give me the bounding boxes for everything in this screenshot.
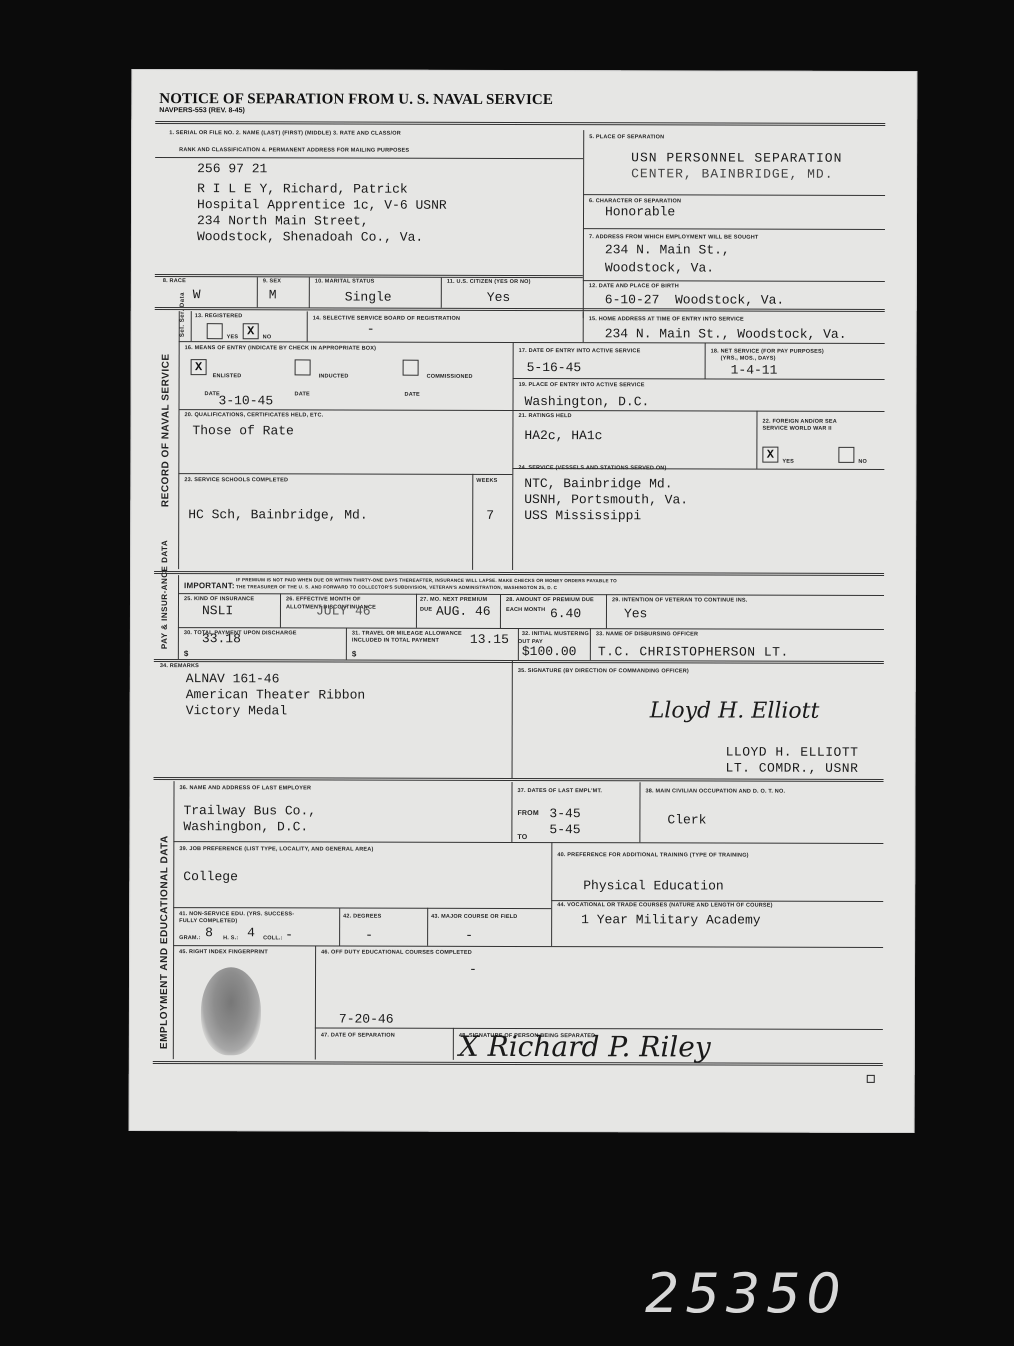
section-naval-service: RECORD OF NAVAL SERVICE xyxy=(160,353,171,507)
divider xyxy=(512,660,513,778)
service-school: HC Sch, Bainbridge, Md. xyxy=(188,507,367,523)
divider xyxy=(154,777,884,782)
foreign-service-no-checkbox[interactable] xyxy=(838,447,854,463)
commanding-officer-name: LLOYD H. ELLIOTT xyxy=(726,745,859,761)
major-course: - xyxy=(465,928,473,944)
label-foreign-no: NO xyxy=(858,459,867,465)
label-next-premium-due: DUE xyxy=(420,607,432,613)
label-birth: 12. DATE AND PLACE OF BIRTH xyxy=(589,283,679,289)
allotment-month: JULY 46 xyxy=(316,603,371,619)
net-service: 1-4-11 xyxy=(731,363,778,379)
divider xyxy=(441,278,442,308)
date-of-separation: 7-20-46 xyxy=(339,1012,394,1028)
label-college: COLL.: xyxy=(263,935,283,941)
divider xyxy=(705,342,706,378)
important-notice-line1: IF PREMIUM IS NOT PAID WHEN DUE OR WITHI… xyxy=(236,577,617,583)
label-enlisted: ENLISTED xyxy=(213,373,242,379)
label-employment-address: 7. ADDRESS FROM WHICH EMPLOYMENT WILL BE… xyxy=(589,234,759,240)
label-civilian-occupation: 38. MAIN CIVILIAN OCCUPATION AND D. O. T… xyxy=(645,788,785,794)
label-intention-continue: 29. INTENTION OF VETERAN TO CONTINUE INS… xyxy=(612,597,748,603)
corner-box xyxy=(867,1075,875,1083)
total-payment: 33.18 xyxy=(202,631,241,647)
date-of-entry: 5-16-45 xyxy=(527,360,582,376)
person-signature: X Richard P. Riley xyxy=(459,1030,711,1064)
rate-classification: Hospital Apprentice 1c, V-6 USNR xyxy=(197,197,447,214)
label-commissioned-date: DATE xyxy=(405,392,420,398)
birth-date-place: 6-10-27 Woodstock, Va. xyxy=(605,292,784,308)
us-citizen: Yes xyxy=(487,290,510,306)
label-mustering-out-pay: 32. INITIAL MUSTERING xyxy=(522,631,589,637)
label-remarks: 34. REMARKS xyxy=(160,663,199,669)
divider xyxy=(191,311,192,341)
label-home-address-at-entry: 15. HOME ADDRESS AT TIME OF ENTRY INTO S… xyxy=(589,316,744,322)
race: W xyxy=(193,287,201,303)
label-high-school: H. S.: xyxy=(223,935,238,941)
service-station-3: USS Mississippi xyxy=(524,508,641,524)
inducted-checkbox[interactable] xyxy=(295,359,311,375)
divider xyxy=(173,781,175,1059)
divider xyxy=(178,311,180,569)
employment-from: 3-45 xyxy=(549,806,580,822)
place-of-separation-line1: USN PERSONNEL SEPARATION xyxy=(631,150,842,167)
remarks-line2: American Theater Ribbon xyxy=(186,687,365,703)
label-allotment-month: 26. EFFECTIVE MONTH OF xyxy=(286,596,361,602)
divider xyxy=(155,157,583,159)
label-from: FROM xyxy=(517,810,538,817)
label-weeks: WEEKS xyxy=(476,478,497,484)
label-training-preference: 40. PREFERENCE FOR ADDITIONAL TRAINING (… xyxy=(557,852,748,859)
divider xyxy=(346,628,347,660)
ratings-held: HA2c, HA1c xyxy=(524,428,602,444)
label-disbursing-officer: 33. NAME OF DISBURSING OFFICER xyxy=(596,631,698,637)
education-college-years: - xyxy=(285,927,293,943)
label-job-preference: 39. JOB PREFERENCE (LIST TYPE, LOCALITY,… xyxy=(179,846,373,853)
total-payment-dollar-sign: $ xyxy=(184,649,189,658)
label-commissioned: COMMISSIONED xyxy=(427,374,473,380)
commanding-officer-signature: Lloyd H. Elliott xyxy=(650,698,820,723)
employment-address-line1: 234 N. Main St., xyxy=(605,242,730,258)
divider xyxy=(178,593,884,596)
divider xyxy=(315,945,316,1059)
commanding-officer-rank: LT. COMDR., USNR xyxy=(726,761,859,777)
service-station-2: USNH, Portsmouth, Va. xyxy=(524,492,688,508)
divider xyxy=(257,277,258,307)
label-kind-of-insurance: 25. KIND OF INSURANCE xyxy=(184,596,254,602)
label-next-premium: 27. MO. NEXT PREMIUM xyxy=(420,597,487,603)
label-service-schools: 23. SERVICE SCHOOLS COMPLETED xyxy=(184,477,288,483)
registered-no-checkbox[interactable]: X xyxy=(243,323,259,339)
label-fingerprint: 45. RIGHT INDEX FINGERPRINT xyxy=(179,949,268,955)
label-foreign-yes: YES xyxy=(782,459,794,465)
label-fields-3-4: RANK AND CLASSIFICATION 4. PERMANENT ADD… xyxy=(179,147,409,154)
divider xyxy=(153,1061,883,1066)
education-grammar-years: 8 xyxy=(205,925,213,941)
registered-yes-checkbox[interactable] xyxy=(207,323,223,339)
serial-number: 256 97 21 xyxy=(197,161,267,177)
last-employer-line2: Washingbon, D.C. xyxy=(183,819,308,835)
label-place-of-entry: 19. PLACE OF ENTRY INTO ACTIVE SERVICE xyxy=(519,382,645,388)
divider xyxy=(307,311,308,341)
label-ratings-held: 21. RATINGS HELD xyxy=(518,413,571,419)
label-to: TO xyxy=(517,834,527,841)
divider xyxy=(154,659,884,664)
label-premium-each-month: EACH MONTH xyxy=(506,607,545,613)
label-us-citizen: 11. U.S. CITIZEN (YES OR NO) xyxy=(447,279,531,285)
divider xyxy=(513,378,885,380)
divider xyxy=(309,277,310,307)
label-date-of-entry: 17. DATE OF ENTRY INTO ACTIVE SERVICE xyxy=(519,348,641,354)
label-foreign-service-ww2: SERVICE WORLD WAR II xyxy=(762,426,831,432)
label-selective-service-board: 14. SELECTIVE SERVICE BOARD OF REGISTRAT… xyxy=(313,315,460,321)
divider xyxy=(154,571,884,576)
label-net-service-units: (YRS., MOS., DAYS) xyxy=(721,356,776,362)
permanent-address-line1: 234 North Main Street, xyxy=(197,213,369,229)
label-vocational-courses: 44. VOCATIONAL OR TRADE COURSES (NATURE … xyxy=(557,902,773,909)
label-grammar: GRAM.: xyxy=(179,935,200,941)
divider xyxy=(639,782,640,842)
sel-ser-data-label: Sel. Ser. Data xyxy=(180,292,186,337)
sex: M xyxy=(269,287,277,303)
divider xyxy=(583,312,584,342)
divider xyxy=(280,593,281,627)
degrees: - xyxy=(365,928,373,944)
section-pay-insurance: PAY & INSUR-ANCE DATA xyxy=(160,540,169,649)
remarks-line3: Victory Medal xyxy=(186,703,287,719)
divider xyxy=(155,121,885,126)
label-yes: YES xyxy=(227,334,239,340)
divider xyxy=(511,782,512,842)
label-non-service-education-b: FULLY COMPLETED) xyxy=(179,918,237,924)
film-frame-number: 25350 xyxy=(645,1262,847,1325)
divider xyxy=(756,411,757,469)
divider xyxy=(583,228,885,230)
mustering-out-pay: $100.00 xyxy=(522,644,577,660)
place-of-separation-line2: CENTER, BAINBRIDGE, MD. xyxy=(631,166,833,183)
label-major-course: 43. MAJOR COURSE OR FIELD xyxy=(431,914,517,920)
last-employer-line1: Trailway Bus Co., xyxy=(183,803,316,819)
label-off-duty-courses: 46. OFF DUTY EDUCATIONAL COURSES COMPLET… xyxy=(321,949,472,955)
label-date-of-separation: 47. DATE OF SEPARATION xyxy=(321,1032,395,1038)
employment-to: 5-45 xyxy=(549,822,580,838)
label-inducted: INDUCTED xyxy=(319,373,349,379)
divider xyxy=(512,342,514,570)
civilian-occupation: Clerk xyxy=(667,812,706,828)
divider xyxy=(339,908,340,946)
fingerprint-image xyxy=(201,967,261,1055)
label-sex: 9. SEX xyxy=(263,278,281,284)
label-last-employer: 36. NAME AND ADDRESS OF LAST EMPLOYER xyxy=(180,785,312,791)
marital-status: Single xyxy=(345,290,392,306)
important-notice-line2: THE TREASURER OF THE U. S. AND FORWARD T… xyxy=(236,584,557,590)
travel-dollar-sign: $ xyxy=(352,650,357,659)
important-label: IMPORTANT: xyxy=(184,581,235,590)
label-qualifications: 20. QUALIFICATIONS, CERTIFICATES HELD, E… xyxy=(184,412,323,418)
label-place-of-separation: 5. PLACE OF SEPARATION xyxy=(589,134,664,140)
label-service-vessels: 24. SERVICE (VESSELS AND STATIONS SERVED… xyxy=(518,465,666,471)
form-number: NAVPERS-553 (REV. 8-45) xyxy=(159,107,245,114)
divider xyxy=(500,594,501,628)
commissioned-checkbox[interactable] xyxy=(403,360,419,376)
divider xyxy=(178,473,512,475)
divider xyxy=(590,628,591,660)
label-employment-dates: 37. DATES OF LAST EMPL'MT. xyxy=(517,788,602,794)
remarks-line1: ALNAV 161-46 xyxy=(186,671,280,687)
next-premium-due: AUG. 46 xyxy=(436,604,491,620)
label-travel-included: INCLUDED IN TOTAL PAYMENT xyxy=(352,638,439,644)
divider xyxy=(173,945,883,948)
label-no: NO xyxy=(263,334,272,340)
label-means-of-entry: 16. MEANS OF ENTRY (INDICATE BY CHECK IN… xyxy=(185,345,377,352)
divider xyxy=(472,474,473,570)
permanent-address-line2: Woodstock, Shenadoah Co., Va. xyxy=(197,229,423,246)
label-registered: 13. REGISTERED xyxy=(195,313,243,319)
label-travel-allowance: 31. TRAVEL OR MILEAGE ALLOWANCE xyxy=(352,631,462,637)
divider xyxy=(583,194,885,196)
divider xyxy=(416,594,417,628)
training-preference: Physical Education xyxy=(583,878,723,894)
divider xyxy=(453,1028,454,1060)
job-preference: College xyxy=(183,869,238,885)
divider xyxy=(173,841,883,844)
travel-allowance: 13.15 xyxy=(470,632,509,648)
label-co-signature: 35. SIGNATURE (BY DIRECTION OF COMMANDIN… xyxy=(518,668,689,674)
employment-address-line2: Woodstock, Va. xyxy=(605,260,714,276)
selective-service-board: - xyxy=(367,322,375,338)
disbursing-officer: T.C. CHRISTOPHERSON LT. xyxy=(598,644,789,660)
character-of-separation: Honorable xyxy=(605,204,675,220)
label-premium-amount: 28. AMOUNT OF PREMIUM DUE xyxy=(506,597,594,603)
home-address-at-entry: 234 N. Main St., Woodstock, Va. xyxy=(605,326,847,343)
label-foreign-service: 22. FOREIGN AND/OR SEA xyxy=(762,419,837,425)
separation-notice-form: NOTICE OF SEPARATION FROM U. S. NAVAL SE… xyxy=(129,69,918,1133)
service-school-weeks: 7 xyxy=(486,508,494,524)
vocational-courses: 1 Year Military Academy xyxy=(581,912,760,928)
label-marital-status: 10. MARITAL STATUS xyxy=(315,278,375,284)
label-non-service-education: 41. NON-SERVICE EDU. (YRS. SUCCESS- xyxy=(179,911,294,917)
label-degrees: 42. DEGREES xyxy=(343,914,381,920)
divider xyxy=(606,594,607,628)
premium-amount: 6.40 xyxy=(550,606,581,622)
divider xyxy=(551,842,552,946)
divider xyxy=(173,907,551,909)
label-fields-1-3: 1. SERIAL OR FILE NO. 2. NAME (LAST) (FI… xyxy=(169,130,401,137)
divider xyxy=(155,307,885,312)
enlisted-checkbox[interactable]: X xyxy=(191,359,207,375)
enlisted-date: 3-10-45 xyxy=(219,393,274,409)
divider xyxy=(583,130,584,318)
qualifications: Those of Rate xyxy=(192,423,293,439)
full-name: R I L E Y, Richard, Patrick xyxy=(197,181,408,198)
label-inducted-date: DATE xyxy=(295,391,310,397)
divider xyxy=(178,575,179,659)
off-duty-courses: - xyxy=(469,962,477,978)
kind-of-insurance: NSLI xyxy=(202,603,233,619)
label-net-service: 18. NET SERVICE (FOR PAY PURPOSES) xyxy=(711,348,824,354)
divider xyxy=(427,908,428,946)
intention-continue: Yes xyxy=(624,606,647,622)
divider xyxy=(583,280,885,282)
section-employment: EMPLOYMENT AND EDUCATIONAL DATA xyxy=(159,835,171,1049)
service-station-1: NTC, Bainbridge Md. xyxy=(524,476,672,492)
divider xyxy=(155,274,583,278)
place-of-entry: Washington, D.C. xyxy=(525,394,650,410)
education-high-school-years: 4 xyxy=(247,925,255,941)
foreign-service-yes-checkbox[interactable]: X xyxy=(762,447,778,463)
label-race: 8. RACE xyxy=(163,278,186,284)
